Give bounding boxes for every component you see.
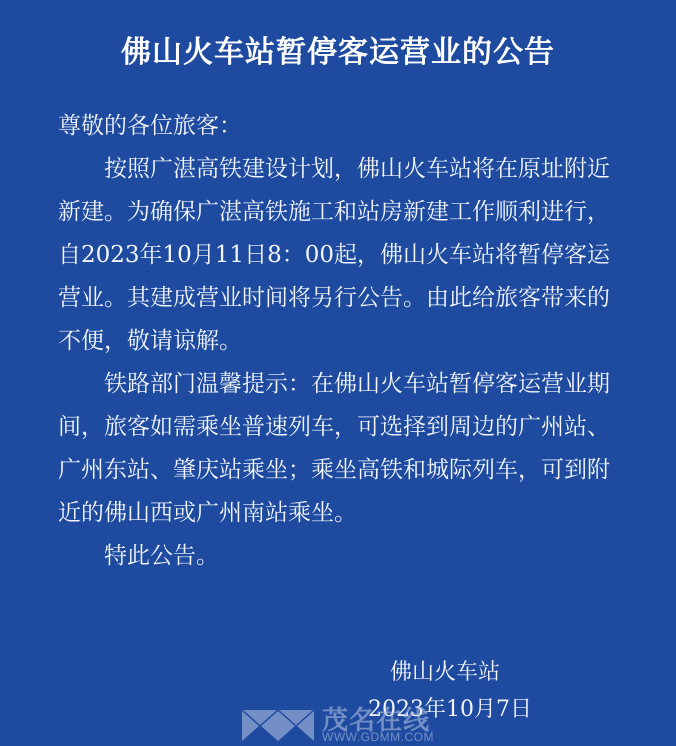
- paragraph-announcement: 按照广湛高铁建设计划，佛山火车站将在原址附近新建。为确保广湛高铁施工和站房新建工…: [58, 148, 628, 363]
- paragraph-travel-tips: 铁路部门温馨提示：在佛山火车站暂停客运营业期间，旅客如需乘坐普速列车，可选择到周…: [58, 363, 628, 535]
- signature-organization: 佛山火车站: [390, 655, 500, 686]
- notice-title: 佛山火车站暂停客运营业的公告: [0, 27, 676, 71]
- watermark-url: WWW.GDMM.COM: [322, 730, 434, 744]
- mm-logo-icon: [240, 704, 316, 746]
- watermark: 茂名在线 WWW.GDMM.COM: [240, 700, 450, 746]
- paragraph-closing: 特此公告。: [58, 535, 628, 578]
- salutation: 尊敬的各位旅客：: [58, 105, 628, 148]
- notice-page: 佛山火车站暂停客运营业的公告 尊敬的各位旅客： 按照广湛高铁建设计划，佛山火车站…: [0, 0, 676, 746]
